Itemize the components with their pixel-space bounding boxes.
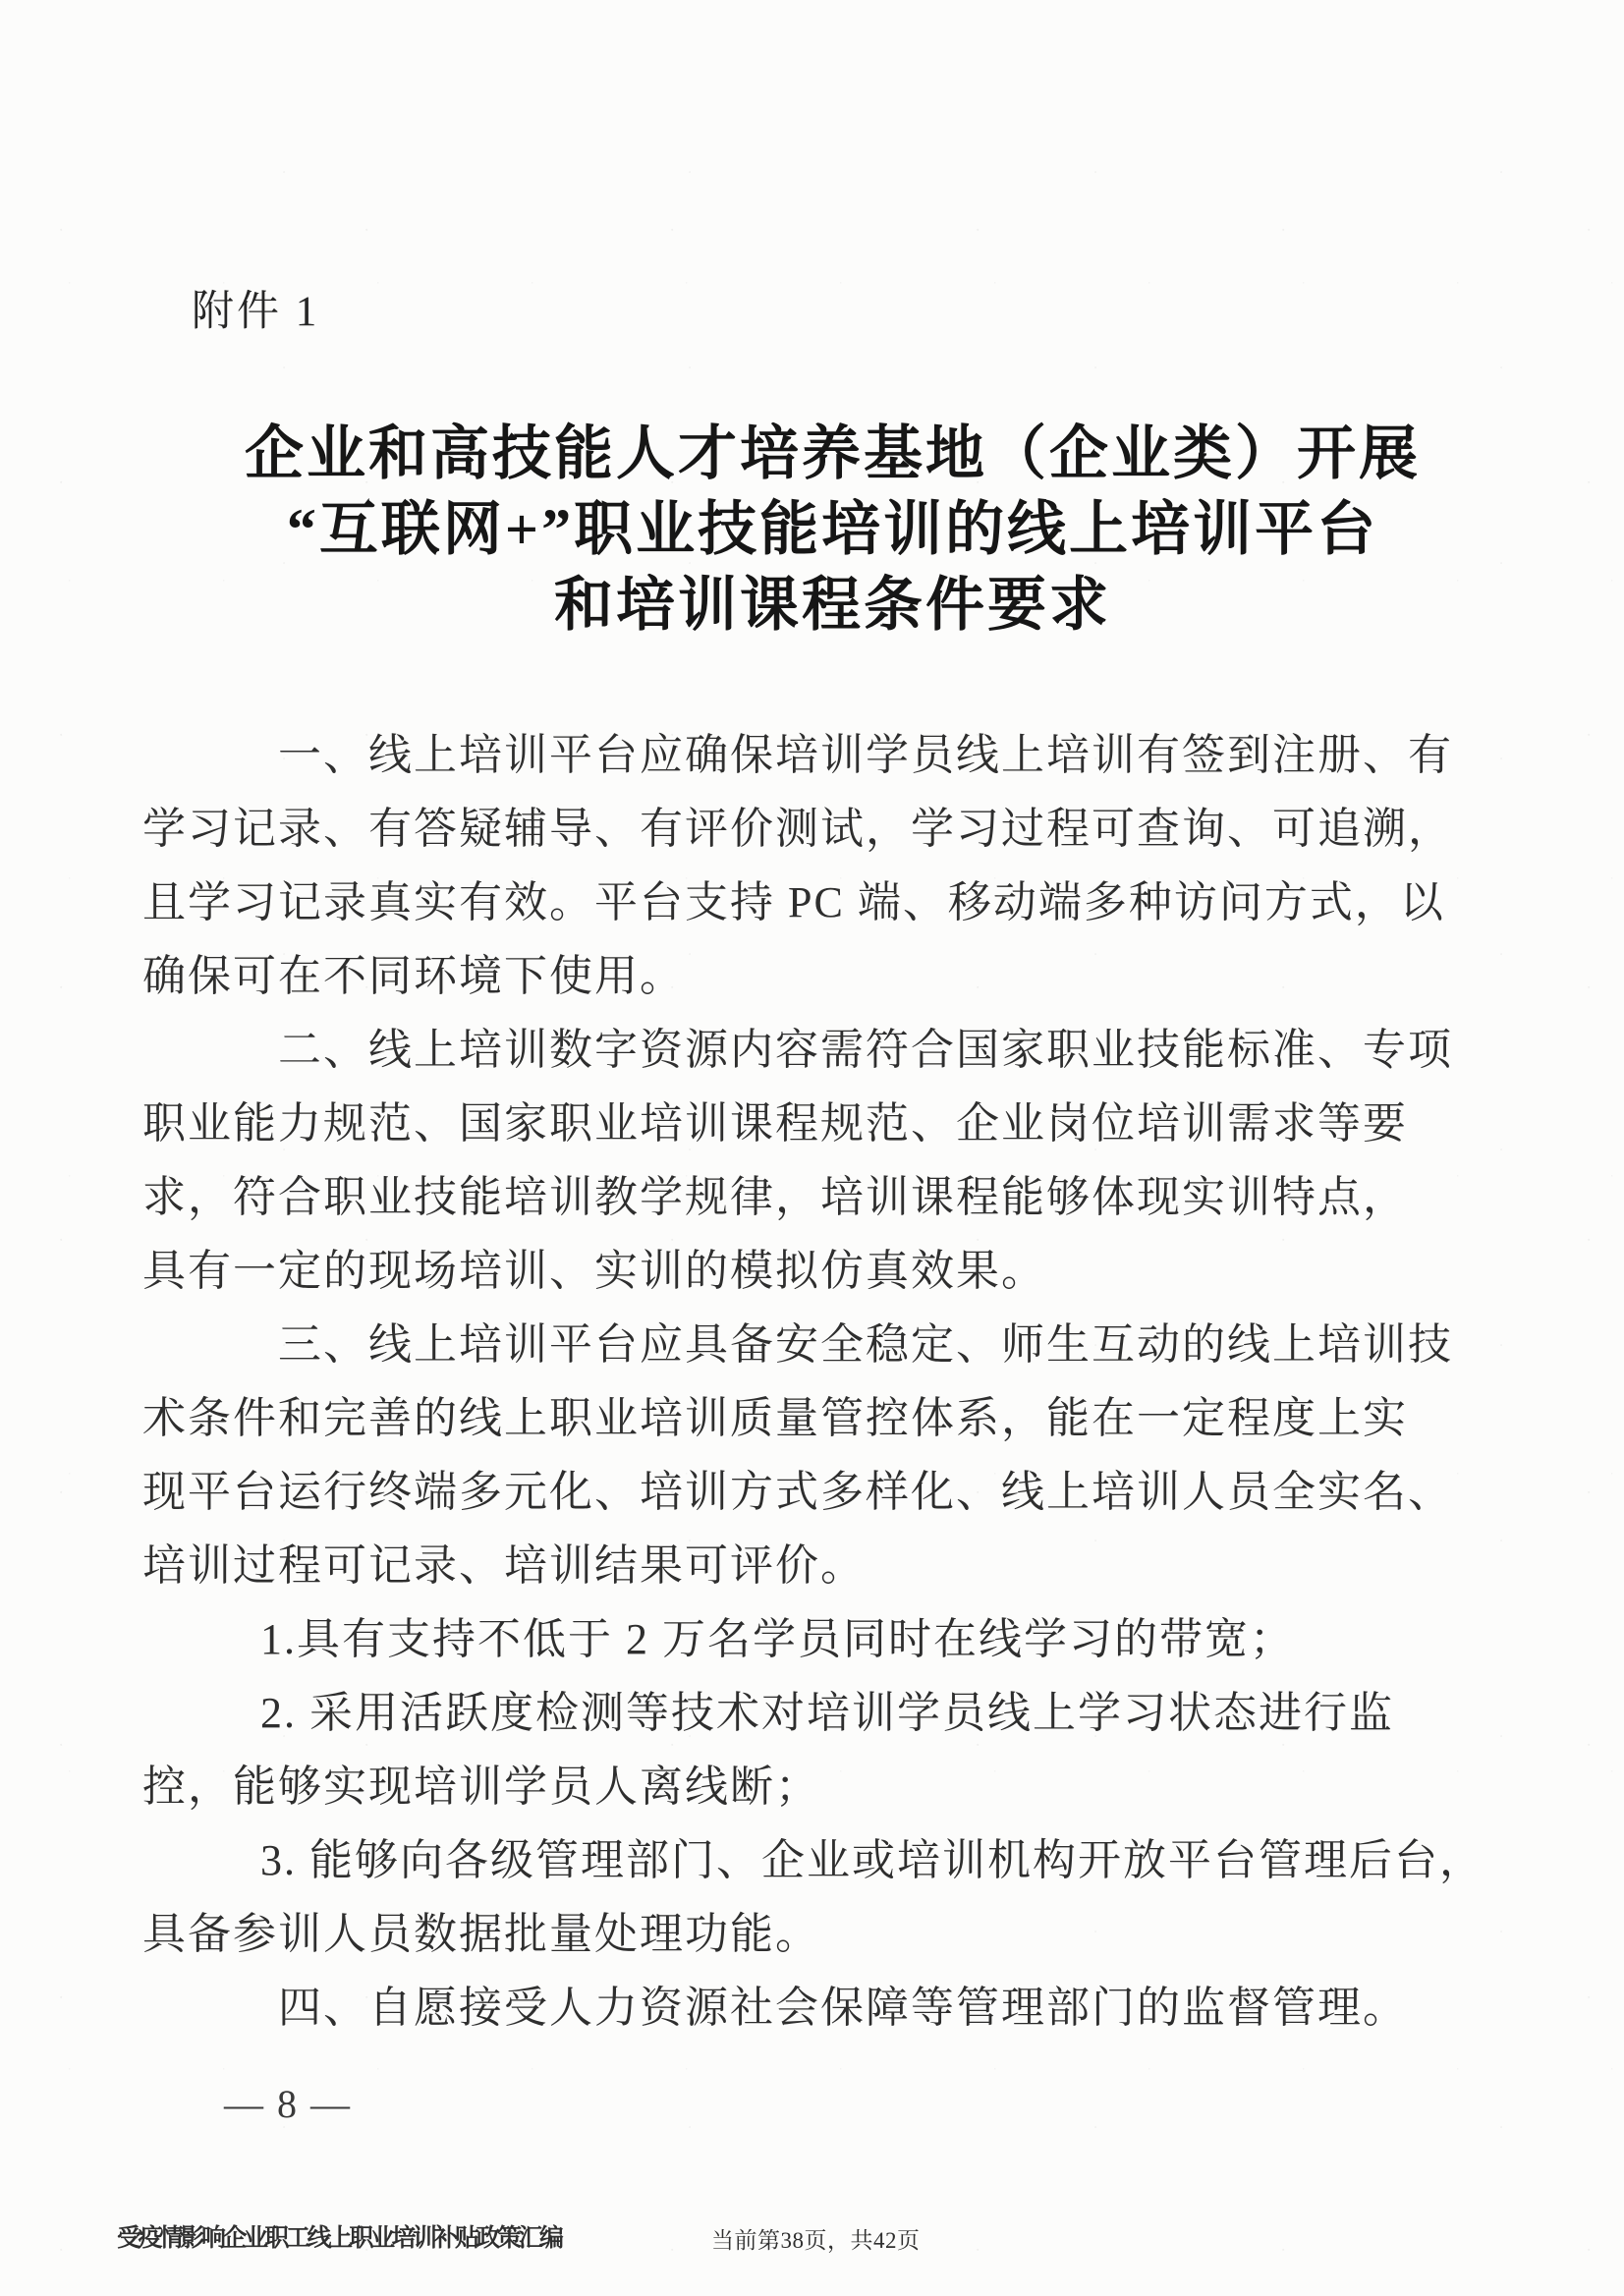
document-title: 企业和高技能人才培养基地（企业类）开展 “互联网+”职业技能培训的线上培训平台 … — [21, 417, 1624, 644]
body-text: 一、线上培训平台应确保培训学员线上培训有签到注册、有 学习记录、有答疑辅导、有评… — [142, 718, 1429, 2044]
text-line: 三、线上培训平台应具备安全稳定、师生互动的线上培训技 — [142, 1308, 1429, 1381]
text-line: 确保可在不同环境下使用。 — [142, 939, 1429, 1013]
text-line: 一、线上培训平台应确保培训学员线上培训有签到注册、有 — [142, 718, 1429, 792]
text-line: 四、自愿接受人力资源社会保障等管理部门的监督管理。 — [142, 1971, 1429, 2044]
text-line: 二、线上培训数字资源内容需符合国家职业技能标准、专项 — [142, 1013, 1429, 1087]
text-line: 学习记录、有答疑辅导、有评价测试，学习过程可查询、可追溯， — [142, 792, 1429, 866]
title-line-1: 企业和高技能人才培养基地（企业类）开展 — [21, 417, 1624, 492]
footer-booklet-title: 受疫情影响企业职工线上职业培训补贴政策汇编 — [117, 2218, 561, 2254]
text-line: 培训过程可记录、培训结果可评价。 — [142, 1529, 1429, 1602]
text-line: 2. 采用活跃度检测等技术对培训学员线上学习状态进行监 — [142, 1676, 1429, 1750]
text-line: 具有一定的现场培训、实训的模拟仿真效果。 — [142, 1234, 1429, 1308]
text-line: 3. 能够向各级管理部门、企业或培训机构开放平台管理后台， — [142, 1823, 1429, 1897]
text-line: 且学习记录真实有效。平台支持 PC 端、移动端多种访问方式，以 — [142, 866, 1429, 939]
text-line: 具备参训人员数据批量处理功能。 — [142, 1897, 1429, 1971]
document-page: 附件 1 企业和高技能人才培养基地（企业类）开展 “互联网+”职业技能培训的线上… — [0, 0, 1624, 2296]
text-line: 职业能力规范、国家职业培训课程规范、企业岗位培训需求等要 — [142, 1087, 1429, 1160]
text-line: 术条件和完善的线上职业培训质量管控体系，能在一定程度上实 — [142, 1381, 1429, 1455]
text-line: 1.具有支持不低于 2 万名学员同时在线学习的带宽； — [142, 1602, 1429, 1676]
title-line-3: 和培训课程条件要求 — [21, 568, 1624, 644]
text-line: 控，能够实现培训学员人离线断； — [142, 1750, 1429, 1823]
text-line: 现平台运行终端多元化、培训方式多样化、线上培训人员全实名、 — [142, 1455, 1429, 1529]
page-number: — 8 — — [224, 2081, 352, 2127]
attachment-label: 附件 1 — [192, 278, 319, 338]
footer-page-indicator: 当前第38页，共42页 — [711, 2222, 921, 2255]
title-line-2: “互联网+”职业技能培训的线上培训平台 — [21, 492, 1624, 568]
text-line: 求，符合职业技能培训教学规律，培训课程能够体现实训特点， — [142, 1160, 1429, 1234]
